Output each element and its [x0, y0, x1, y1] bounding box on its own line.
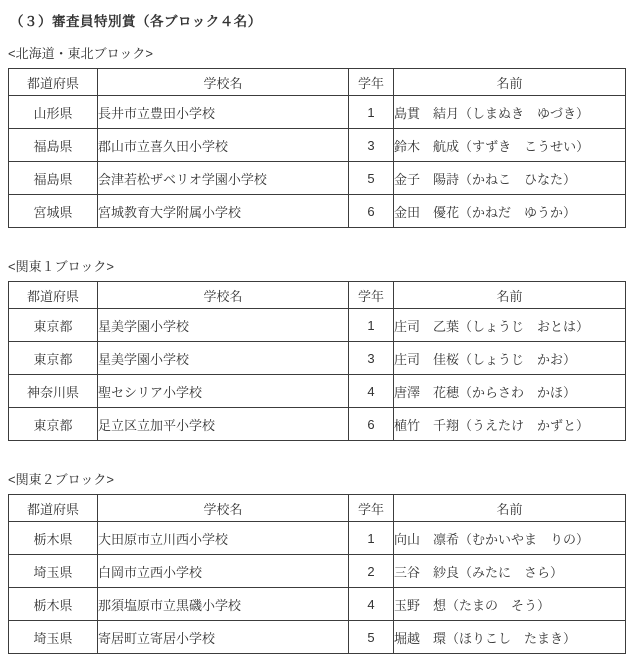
section-kanto-1: <関東１ブロック> 都道府県 学校名 学年 名前 東京都 星美学園小学校 1 庄… — [0, 256, 632, 441]
cell-school: 宮城教育大学附属小学校 — [98, 195, 349, 228]
table-row: 東京都 星美学園小学校 1 庄司 乙葉（しょうじ おとは） — [9, 309, 626, 342]
cell-grade: 3 — [349, 342, 394, 375]
cell-prefecture: 東京都 — [9, 342, 98, 375]
cell-name: 金田 優花（かねだ ゆうか） — [394, 195, 626, 228]
cell-prefecture: 福島県 — [9, 129, 98, 162]
section-hokkaido-tohoku: <北海道・東北ブロック> 都道府県 学校名 学年 名前 山形県 長井市立豊田小学… — [0, 43, 632, 228]
cell-grade: 5 — [349, 162, 394, 195]
block-label-kanto-1: <関東１ブロック> — [8, 256, 632, 275]
table-row: 栃木県 那須塩原市立黒磯小学校 4 玉野 想（たまの そう） — [9, 588, 626, 621]
cell-prefecture: 栃木県 — [9, 588, 98, 621]
table-row: 埼玉県 寄居町立寄居小学校 5 堀越 環（ほりこし たまき） — [9, 621, 626, 654]
cell-prefecture: 宮城県 — [9, 195, 98, 228]
table-header-row: 都道府県 学校名 学年 名前 — [9, 282, 626, 309]
cell-name: 島貫 結月（しまぬき ゆづき） — [394, 96, 626, 129]
cell-name: 鈴木 航成（すずき こうせい） — [394, 129, 626, 162]
header-grade: 学年 — [349, 282, 394, 309]
table-header-row: 都道府県 学校名 学年 名前 — [9, 495, 626, 522]
cell-prefecture: 福島県 — [9, 162, 98, 195]
table-header-row: 都道府県 学校名 学年 名前 — [9, 69, 626, 96]
cell-prefecture: 東京都 — [9, 309, 98, 342]
cell-prefecture: 埼玉県 — [9, 555, 98, 588]
cell-name: 三谷 紗良（みたに さら） — [394, 555, 626, 588]
header-prefecture: 都道府県 — [9, 282, 98, 309]
cell-grade: 2 — [349, 555, 394, 588]
table-row: 福島県 会津若松ザベリオ学園小学校 5 金子 陽詩（かねこ ひなた） — [9, 162, 626, 195]
table-row: 福島県 郡山市立喜久田小学校 3 鈴木 航成（すずき こうせい） — [9, 129, 626, 162]
header-school: 学校名 — [98, 495, 349, 522]
header-school: 学校名 — [98, 282, 349, 309]
cell-school: 大田原市立川西小学校 — [98, 522, 349, 555]
cell-school: 白岡市立西小学校 — [98, 555, 349, 588]
table-row: 宮城県 宮城教育大学附属小学校 6 金田 優花（かねだ ゆうか） — [9, 195, 626, 228]
table-row: 神奈川県 聖セシリア小学校 4 唐澤 花穂（からさわ かほ） — [9, 375, 626, 408]
cell-name: 金子 陽詩（かねこ ひなた） — [394, 162, 626, 195]
cell-school: 寄居町立寄居小学校 — [98, 621, 349, 654]
cell-grade: 1 — [349, 522, 394, 555]
page-title: （３）審査員特別賞（各ブロック４名） — [10, 10, 632, 30]
cell-school: 郡山市立喜久田小学校 — [98, 129, 349, 162]
cell-school: 星美学園小学校 — [98, 309, 349, 342]
header-name: 名前 — [394, 69, 626, 96]
table-row: 東京都 足立区立加平小学校 6 植竹 千翔（うえたけ かずと） — [9, 408, 626, 441]
cell-name: 玉野 想（たまの そう） — [394, 588, 626, 621]
cell-name: 庄司 佳桜（しょうじ かお） — [394, 342, 626, 375]
cell-school: 聖セシリア小学校 — [98, 375, 349, 408]
header-grade: 学年 — [349, 69, 394, 96]
header-school: 学校名 — [98, 69, 349, 96]
cell-name: 向山 凛希（むかいやま りの） — [394, 522, 626, 555]
cell-grade: 3 — [349, 129, 394, 162]
cell-name: 唐澤 花穂（からさわ かほ） — [394, 375, 626, 408]
cell-grade: 6 — [349, 408, 394, 441]
table-row: 東京都 星美学園小学校 3 庄司 佳桜（しょうじ かお） — [9, 342, 626, 375]
award-table-kanto-1: 都道府県 学校名 学年 名前 東京都 星美学園小学校 1 庄司 乙葉（しょうじ … — [8, 281, 626, 441]
cell-grade: 1 — [349, 309, 394, 342]
cell-grade: 5 — [349, 621, 394, 654]
table-row: 埼玉県 白岡市立西小学校 2 三谷 紗良（みたに さら） — [9, 555, 626, 588]
cell-school: 会津若松ザベリオ学園小学校 — [98, 162, 349, 195]
block-label-hokkaido-tohoku: <北海道・東北ブロック> — [8, 43, 632, 62]
award-table-hokkaido-tohoku: 都道府県 学校名 学年 名前 山形県 長井市立豊田小学校 1 島貫 結月（しまぬ… — [8, 68, 626, 228]
cell-prefecture: 山形県 — [9, 96, 98, 129]
cell-grade: 1 — [349, 96, 394, 129]
table-row: 山形県 長井市立豊田小学校 1 島貫 結月（しまぬき ゆづき） — [9, 96, 626, 129]
cell-prefecture: 埼玉県 — [9, 621, 98, 654]
cell-school: 星美学園小学校 — [98, 342, 349, 375]
cell-name: 植竹 千翔（うえたけ かずと） — [394, 408, 626, 441]
cell-prefecture: 東京都 — [9, 408, 98, 441]
header-grade: 学年 — [349, 495, 394, 522]
award-table-kanto-2: 都道府県 学校名 学年 名前 栃木県 大田原市立川西小学校 1 向山 凛希（むか… — [8, 494, 626, 654]
header-prefecture: 都道府県 — [9, 69, 98, 96]
header-name: 名前 — [394, 282, 626, 309]
cell-grade: 6 — [349, 195, 394, 228]
cell-school: 那須塩原市立黒磯小学校 — [98, 588, 349, 621]
cell-name: 堀越 環（ほりこし たまき） — [394, 621, 626, 654]
cell-prefecture: 栃木県 — [9, 522, 98, 555]
table-row: 栃木県 大田原市立川西小学校 1 向山 凛希（むかいやま りの） — [9, 522, 626, 555]
header-name: 名前 — [394, 495, 626, 522]
cell-name: 庄司 乙葉（しょうじ おとは） — [394, 309, 626, 342]
cell-grade: 4 — [349, 375, 394, 408]
cell-school: 足立区立加平小学校 — [98, 408, 349, 441]
cell-grade: 4 — [349, 588, 394, 621]
cell-school: 長井市立豊田小学校 — [98, 96, 349, 129]
header-prefecture: 都道府県 — [9, 495, 98, 522]
section-kanto-2: <関東２ブロック> 都道府県 学校名 学年 名前 栃木県 大田原市立川西小学校 … — [0, 469, 632, 654]
cell-prefecture: 神奈川県 — [9, 375, 98, 408]
block-label-kanto-2: <関東２ブロック> — [8, 469, 632, 488]
